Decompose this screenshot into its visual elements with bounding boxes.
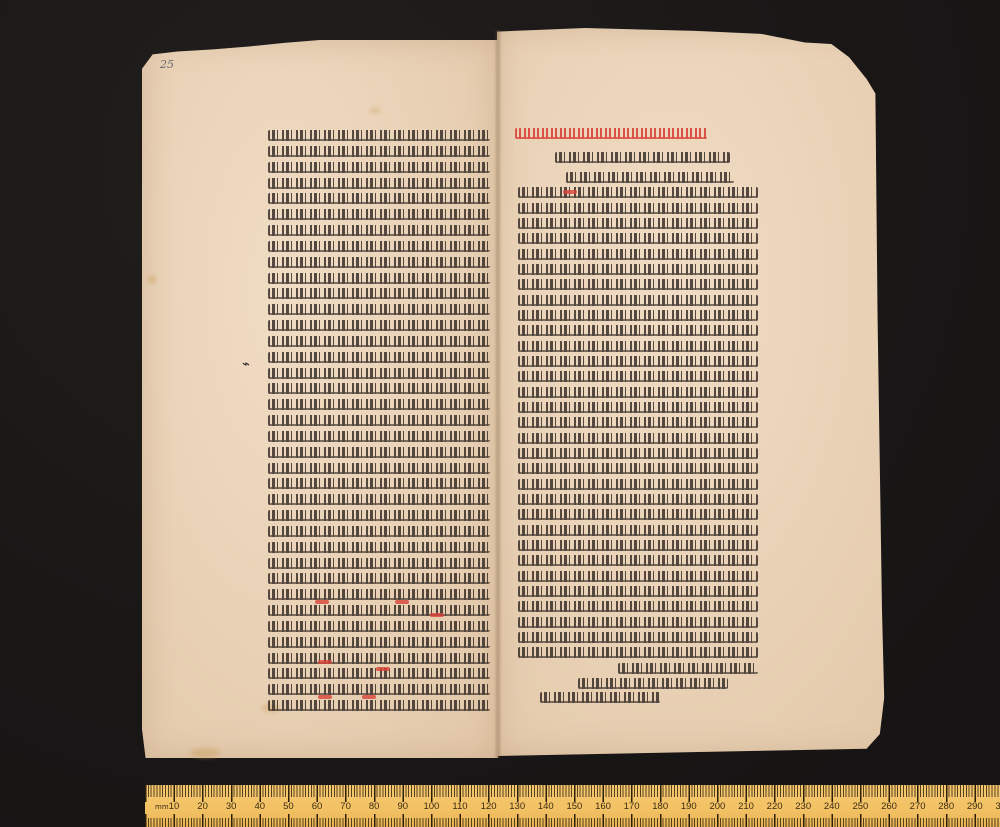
manuscript-text-line (518, 371, 758, 382)
ruler-label: 110 (452, 801, 467, 812)
manuscript-text-line (518, 310, 758, 321)
manuscript-text-line (268, 447, 490, 458)
ruler-label: 260 (881, 801, 897, 812)
ruler-label: 200 (709, 801, 725, 812)
manuscript-text-line (268, 621, 490, 632)
manuscript-text-line (268, 415, 490, 426)
manuscript-text-line (518, 433, 758, 444)
ruler-label: 40 (255, 801, 266, 812)
manuscript-text-line (518, 540, 758, 551)
manuscript-text-line (268, 383, 490, 394)
ruler-major-ticks-top (145, 785, 1000, 802)
manuscript-text-line (268, 637, 490, 648)
manuscript-text-line (518, 601, 758, 612)
manuscript-text-line (518, 632, 758, 643)
ruler-label: 250 (852, 801, 868, 812)
manuscript-text-line (518, 617, 758, 628)
manuscript-text-line (518, 264, 758, 275)
manuscript-text-line (268, 510, 490, 521)
manuscript-text-line (518, 356, 758, 367)
folio-number: 25 (160, 58, 174, 71)
manuscript-text-line (518, 249, 758, 260)
manuscript-text-line (518, 555, 758, 566)
manuscript-text-line (268, 352, 490, 363)
manuscript-text-line (578, 678, 728, 689)
ruler-label: 50 (283, 801, 294, 812)
manuscript-text-line (518, 233, 758, 244)
manuscript-text-line (268, 368, 490, 379)
book-gutter (494, 30, 502, 758)
basmala-line (555, 152, 730, 163)
manuscript-text-line (268, 162, 490, 173)
manuscript-text-line (268, 573, 490, 584)
manuscript-text-line (566, 172, 734, 183)
measurement-ruler: mm 1020304050607080901001101201301401501… (145, 785, 1000, 827)
manuscript-text-line (518, 417, 758, 428)
ruler-label: 70 (340, 801, 351, 812)
ruler-label: 300 (995, 801, 1000, 812)
manuscript-text-line (540, 692, 660, 703)
manuscript-text-line (518, 494, 758, 505)
paper-stain (190, 748, 220, 758)
manuscript-text-line (268, 273, 490, 284)
manuscript-text-line (518, 187, 758, 198)
manuscript-text-line (268, 653, 490, 664)
rubricated-word (430, 613, 444, 617)
manuscript-text-line (268, 542, 490, 553)
rubricated-word (318, 660, 332, 664)
manuscript-text-line (268, 431, 490, 442)
ruler-label: 60 (312, 801, 323, 812)
ruler-label: 290 (967, 801, 983, 812)
manuscript-text-line (268, 146, 490, 157)
rubricated-word (563, 190, 577, 194)
manuscript-text-line (268, 257, 490, 268)
manuscript-text-line (518, 479, 758, 490)
manuscript-text-line (268, 478, 490, 489)
manuscript-text-line (518, 341, 758, 352)
manuscript-text-line (268, 320, 490, 331)
ruler-label: 90 (398, 801, 409, 812)
manuscript-text-line (518, 571, 758, 582)
manuscript-text-line (518, 525, 758, 536)
manuscript-text-line (268, 494, 490, 505)
ruler-label: 210 (738, 801, 754, 812)
manuscript-text-line (518, 279, 758, 290)
manuscript-text-line (268, 526, 490, 537)
ruler-label: 170 (624, 801, 640, 812)
ruler-label: 230 (795, 801, 811, 812)
manuscript-text-line (268, 605, 490, 616)
manuscript-text-line (268, 209, 490, 220)
ruler-label: 220 (767, 801, 783, 812)
ruler-unit-label: mm (155, 803, 169, 811)
ruler-label: 100 (423, 801, 439, 812)
manuscript-text-line (518, 203, 758, 214)
manuscript-text-line (268, 304, 490, 315)
ruler-label: 190 (681, 801, 697, 812)
rubricated-word (395, 600, 409, 604)
manuscript-text-line (268, 241, 490, 252)
manuscript-text-line (268, 700, 490, 711)
manuscript-text-line (518, 295, 758, 306)
manuscript-text-line (268, 193, 490, 204)
ruler-label: 150 (566, 801, 582, 812)
rubricated-word (315, 600, 329, 604)
manuscript-text-line (518, 509, 758, 520)
ruler-major-ticks-bottom (145, 814, 1000, 827)
ruler-label: 30 (226, 801, 237, 812)
manuscript-text-line (268, 463, 490, 474)
paper-stain (370, 108, 380, 113)
manuscript-text-line (268, 558, 490, 569)
ruler-label: 20 (197, 801, 208, 812)
ruler-label: 180 (652, 801, 668, 812)
ruler-label: 240 (824, 801, 840, 812)
manuscript-text-line (268, 130, 490, 141)
manuscript-text-line (268, 288, 490, 299)
paper-stain (148, 275, 156, 284)
ruler-label: 80 (369, 801, 380, 812)
rubricated-word (362, 695, 376, 699)
manuscript-text-line (268, 178, 490, 189)
ruler-label: 160 (595, 801, 611, 812)
margin-mark-icon: ⌁ (242, 357, 250, 372)
rubric-heading-line (515, 128, 707, 139)
manuscript-text-line (618, 663, 758, 674)
manuscript-text-line (518, 448, 758, 459)
manuscript-text-line (268, 399, 490, 410)
manuscript-text-line (518, 586, 758, 597)
manuscript-text-line (518, 402, 758, 413)
ruler-label: 120 (481, 801, 497, 812)
manuscript-text-line (518, 218, 758, 229)
ruler-label: 280 (938, 801, 954, 812)
rubricated-word (318, 695, 332, 699)
ruler-label: 140 (538, 801, 554, 812)
manuscript-text-line (268, 336, 490, 347)
manuscript-text-line (518, 647, 758, 658)
ruler-label: 130 (509, 801, 525, 812)
manuscript-text-line (518, 387, 758, 398)
manuscript-text-line (518, 325, 758, 336)
manuscript-text-line (268, 684, 490, 695)
ruler-label: 270 (910, 801, 926, 812)
rubricated-word (376, 667, 390, 671)
ruler-label: 10 (169, 801, 180, 812)
manuscript-text-line (268, 589, 490, 600)
manuscript-text-line (268, 225, 490, 236)
manuscript-text-line (518, 463, 758, 474)
